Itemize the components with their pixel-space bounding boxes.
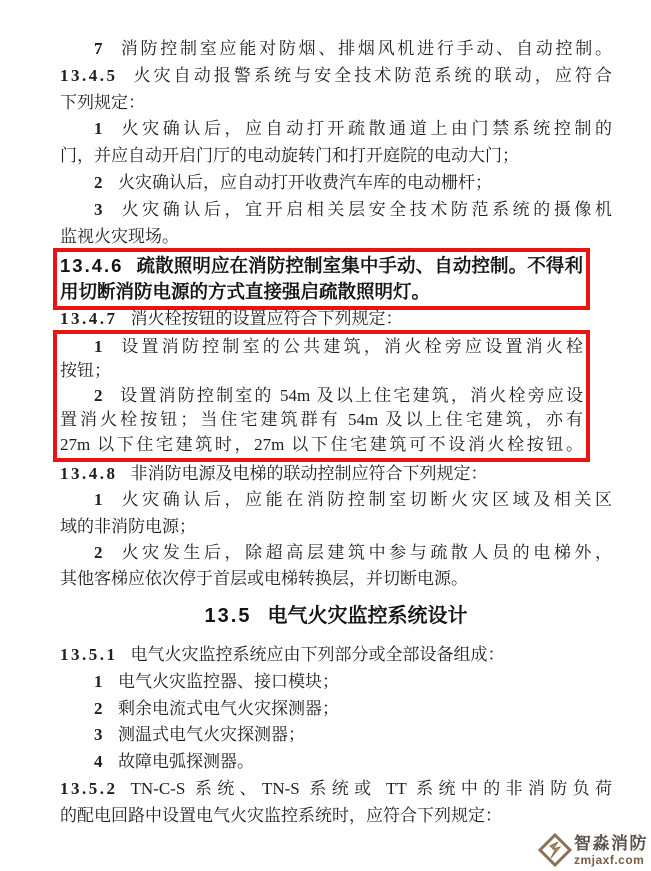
text-line: 门，并应自动开启门厅的电动旋转门和打开庭院的电动大门； xyxy=(60,143,612,170)
clause-number: 3 xyxy=(94,725,105,744)
text-line: 7消防控制室应能对防烟、排烟风机进行手动、自动控制。 xyxy=(60,36,612,63)
text-line: 按钮； xyxy=(60,359,583,383)
clause-text: 火灾确认后，应能在消防控制室切断火灾区域及相关区 xyxy=(118,490,612,509)
text-line: 1火灾确认后，应能在消防控制室切断火灾区域及相关区 xyxy=(60,487,612,513)
brand-name: 智淼消防 xyxy=(574,835,648,852)
clause-text: 监视火灾现场。 xyxy=(60,227,179,246)
clause-text: 火灾发生后，除超高层建筑中参与疏散人员的电梯外， xyxy=(118,543,612,562)
clause-text: 测温式电气火灾探测器； xyxy=(118,725,305,744)
clause-text: 下列规定： xyxy=(60,93,145,112)
clause-text: 域的非消防电源； xyxy=(60,517,196,536)
clause-block-13-4-8: 13.4.8非消防电源及电梯的联动控制应符合下列规定：1火灾确认后，应能在消防控… xyxy=(60,461,612,592)
text-line: 下列规定： xyxy=(60,90,612,117)
section-heading-text: 13.5电气火灾监控系统设计 xyxy=(60,603,612,630)
clause-text: 的配电回路中设置电气火灾监控系统时，应符合下列规定： xyxy=(60,806,502,825)
clause-number: 1 xyxy=(94,672,105,691)
text-line: 2设置消防控制室的 54m 及以上住宅建筑，消火栓旁应设 xyxy=(60,384,583,408)
text-line: 监视火灾现场。 xyxy=(60,224,612,251)
text-line: 1设置消防控制室的公共建筑，消火栓旁应设置消火栓 xyxy=(60,335,583,359)
clause-text: 火灾确认后，应自动打开收费汽车库的电动栅杆； xyxy=(118,173,492,192)
clause-number: 13.4.8 xyxy=(60,464,118,483)
clause-text: 非消防电源及电梯的联动控制应符合下列规定： xyxy=(131,464,488,483)
text-line: 4故障电弧探测器。 xyxy=(60,749,612,776)
brand-text: 智淼消防 zmjaxf.com xyxy=(574,835,648,866)
text-line: 13.4.8非消防电源及电梯的联动控制应符合下列规定： xyxy=(60,461,612,487)
clause-text: 疏散照明应在消防控制室集中手动、自动控制。不得利 xyxy=(136,255,583,276)
clause-text: 门，并应自动开启门厅的电动旋转门和打开庭院的电动大门； xyxy=(60,146,519,165)
clause-text: 设置消防控制室的公共建筑，消火栓旁应设置消火栓 xyxy=(118,337,583,356)
clause-number: 1 xyxy=(94,490,105,509)
clause-block-13-4-5: 7消防控制室应能对防烟、排烟风机进行手动、自动控制。13.4.5火灾自动报警系统… xyxy=(60,36,612,250)
clause-text: 用切断消防电源的方式直接强启疏散照明灯。 xyxy=(60,281,430,302)
text-line: 13.4.7消火栓按钮的设置应符合下列规定： xyxy=(60,305,612,332)
clause-number: 13.4.5 xyxy=(60,66,118,85)
clause-text: 其他客梯应依次停于首层或电梯转换层，并切断电源。 xyxy=(60,569,468,588)
text-line: 2火灾确认后，应自动打开收费汽车库的电动栅杆； xyxy=(60,170,612,197)
clause-text: TN-C-S 系统、TN-S 系统或 TT 系统中的非消防负荷 xyxy=(131,779,613,798)
clause-number: 13.5.1 xyxy=(60,645,118,664)
clause-text: 故障电弧探测器。 xyxy=(118,752,254,771)
section-title: 电气火灾监控系统设计 xyxy=(267,605,467,627)
clause-text: 27m 以下住宅建筑时，27m 以下住宅建筑可不设消火栓按钮。 xyxy=(60,435,583,454)
text-line: 13.5.2TN-C-S 系统、TN-S 系统或 TT 系统中的非消防负荷 xyxy=(60,776,612,803)
text-line: 1火灾确认后，应自动打开疏散通道上由门禁系统控制的 xyxy=(60,116,612,143)
clause-number: 4 xyxy=(94,752,105,771)
text-line: 2剩余电流式电气火灾探测器； xyxy=(60,696,612,723)
text-line: 3测温式电气火灾探测器； xyxy=(60,722,612,749)
text-line: 13.4.5火灾自动报警系统与安全技术防范系统的联动，应符合 xyxy=(60,63,612,90)
clause-text: 火灾自动报警系统与安全技术防范系统的联动，应符合 xyxy=(131,66,613,85)
clause-text: 设置消防控制室的 54m 及以上住宅建筑，消火栓旁应设 xyxy=(118,386,583,405)
section-heading: 13.5电气火灾监控系统设计 xyxy=(60,603,612,630)
clause-number: 13.4.6 xyxy=(60,255,123,276)
text-line: 13.5.1电气火灾监控系统应由下列部分或全部设备组成： xyxy=(60,642,612,669)
clause-number: 7 xyxy=(94,39,105,58)
clause-block-13-5: 13.5.1电气火灾监控系统应由下列部分或全部设备组成：1电气火灾监控器、接口模… xyxy=(60,642,612,830)
clause-number: 2 xyxy=(94,173,105,192)
clause-number: 2 xyxy=(94,699,105,718)
text-line: 3火灾确认后，宜开启相关层安全技术防范系统的摄像机 xyxy=(60,197,612,224)
clause-text: 电气火灾监控系统应由下列部分或全部设备组成： xyxy=(131,645,505,664)
text-line: 2火灾发生后，除超高层建筑中参与疏散人员的电梯外， xyxy=(60,540,612,566)
clause-number: 13.5.2 xyxy=(60,779,118,798)
text-line: 用切断消防电源的方式直接强启疏散照明灯。 xyxy=(60,279,583,305)
scanned-code-page: 7消防控制室应能对防烟、排烟风机进行手动、自动控制。13.4.5火灾自动报警系统… xyxy=(0,0,651,871)
clause-line-13-4-7: 13.4.7消火栓按钮的设置应符合下列规定： xyxy=(60,305,612,332)
clause-text: 剩余电流式电气火灾探测器； xyxy=(118,699,339,718)
clause-text: 火灾确认后，应自动打开疏散通道上由门禁系统控制的 xyxy=(118,119,612,138)
clause-text: 置消火栓按钮；当住宅建筑群有 54m 及以上住宅建筑，亦有 xyxy=(60,410,583,429)
clause-number: 2 xyxy=(94,386,105,405)
clause-text: 电气火灾监控器、接口模块； xyxy=(118,672,339,691)
watermark: 智淼消防 zmjaxf.com xyxy=(538,833,648,867)
brand-domain: zmjaxf.com xyxy=(574,854,644,866)
text-line: 13.4.6疏散照明应在消防控制室集中手动、自动控制。不得利 xyxy=(60,253,583,279)
text-line: 置消火栓按钮；当住宅建筑群有 54m 及以上住宅建筑，亦有 xyxy=(60,408,583,432)
text-line: 域的非消防电源； xyxy=(60,514,612,540)
brand-logo-icon xyxy=(538,833,572,867)
clause-text: 消防控制室应能对防烟、排烟风机进行手动、自动控制。 xyxy=(118,39,612,58)
text-line: 其他客梯应依次停于首层或电梯转换层，并切断电源。 xyxy=(60,566,612,592)
clause-number: 13.4.7 xyxy=(60,309,118,328)
highlight-box-13-4-6: 13.4.6疏散照明应在消防控制室集中手动、自动控制。不得利用切断消防电源的方式… xyxy=(53,248,590,310)
clause-text: 火灾确认后，宜开启相关层安全技术防范系统的摄像机 xyxy=(118,200,612,219)
text-line: 1电气火灾监控器、接口模块； xyxy=(60,669,612,696)
clause-number: 3 xyxy=(94,200,105,219)
section-number: 13.5 xyxy=(205,605,252,627)
clause-number: 1 xyxy=(94,337,105,356)
clause-text: 按钮； xyxy=(60,361,111,380)
highlight-box-13-4-7-items: 1设置消防控制室的公共建筑，消火栓旁应设置消火栓按钮；2设置消防控制室的 54m… xyxy=(53,330,590,462)
text-line: 27m 以下住宅建筑时，27m 以下住宅建筑可不设消火栓按钮。 xyxy=(60,433,583,457)
clause-text: 消火栓按钮的设置应符合下列规定： xyxy=(131,309,403,328)
clause-number: 2 xyxy=(94,543,105,562)
text-line: 的配电回路中设置电气火灾监控系统时，应符合下列规定： xyxy=(60,803,612,830)
clause-number: 1 xyxy=(94,119,105,138)
